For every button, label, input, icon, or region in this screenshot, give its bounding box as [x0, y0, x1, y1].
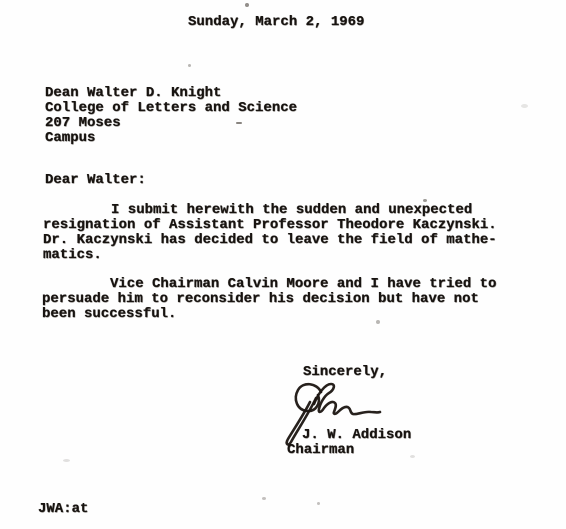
paragraph-line: persuade him to reconsider his decision … — [42, 292, 496, 307]
recipient-address: Dean Walter D. Knight College of Letters… — [45, 86, 297, 146]
scan-speck — [245, 3, 249, 7]
signed-name: J. W. Addison — [302, 428, 411, 443]
recipient-campus: Campus — [45, 131, 297, 146]
scan-speck — [188, 64, 191, 67]
recipient-name: Dean Walter D. Knight — [45, 86, 297, 101]
scan-speck — [423, 199, 427, 202]
paragraph-line: I submit herewith the sudden and unexpec… — [43, 203, 497, 218]
paragraph-line: Vice Chairman Calvin Moore and I have tr… — [42, 277, 496, 292]
letter-page: Sunday, March 2, 1969 Dean Walter D. Kni… — [0, 0, 566, 529]
paragraph-resignation: I submit herewith the sudden and unexpec… — [43, 203, 497, 263]
scan-speck — [262, 497, 266, 500]
paragraph-line: Dr. Kaczynski has decided to leave the f… — [43, 233, 497, 248]
paragraph-persuasion: Vice Chairman Calvin Moore and I have tr… — [42, 277, 496, 322]
recipient-college: College of Letters and Science — [45, 101, 297, 116]
recipient-room: 207 Moses — [45, 116, 297, 131]
scan-speck — [521, 104, 528, 108]
scan-speck — [317, 502, 320, 505]
date-line: Sunday, March 2, 1969 — [188, 15, 364, 30]
scan-speck — [410, 455, 415, 458]
scan-speck — [63, 459, 70, 462]
salutation: Dear Walter: — [45, 173, 146, 188]
paragraph-line: been successful. — [42, 307, 496, 322]
scan-speck — [236, 122, 242, 124]
scan-speck — [376, 320, 380, 324]
reference-initials: JWA:at — [38, 502, 88, 517]
paragraph-line: matics. — [43, 248, 497, 263]
signed-title: Chairman — [287, 443, 354, 458]
paragraph-line: resignation of Assistant Professor Theod… — [43, 218, 497, 233]
